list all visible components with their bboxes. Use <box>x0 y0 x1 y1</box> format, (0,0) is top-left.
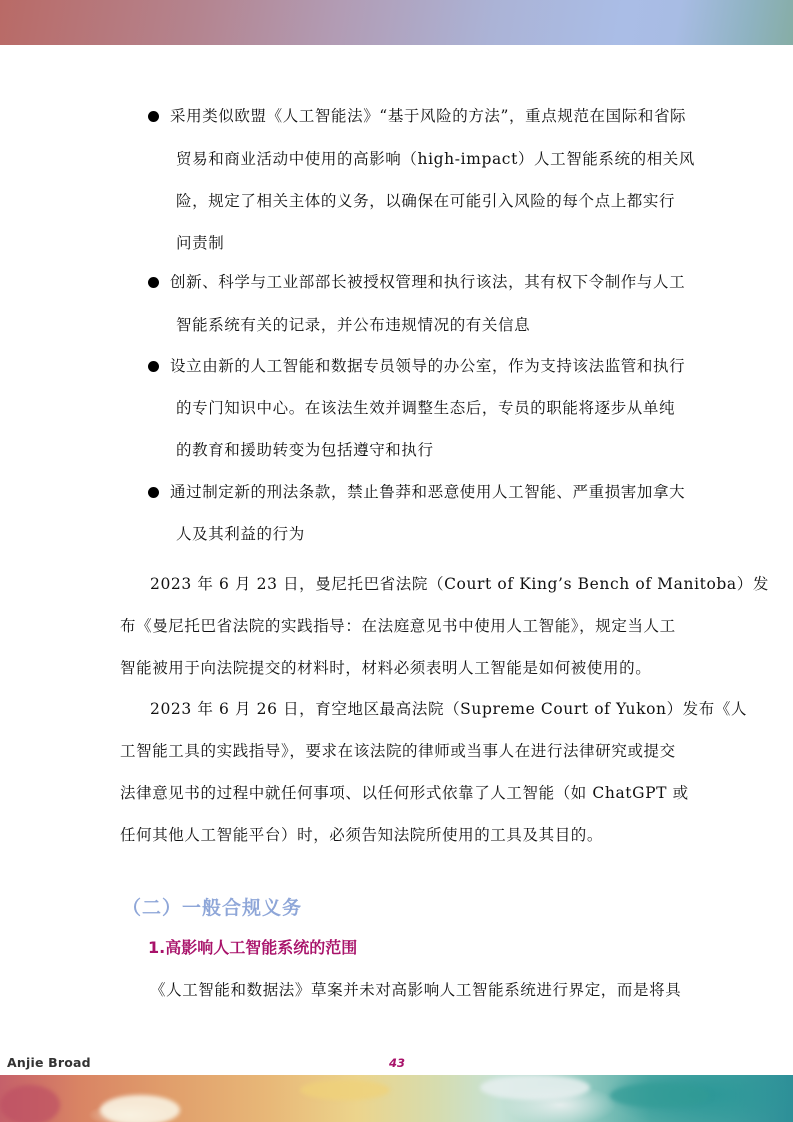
subsection-heading: 1.高影响人工智能系统的范围 <box>148 937 357 959</box>
page-number: 43 <box>389 1056 405 1070</box>
paragraph-line: 智能被用于向法院提交的材料时，材料必须表明人工智能是如何被使用的。 <box>120 658 651 678</box>
bullet-dot-icon <box>148 277 159 288</box>
bullet-line: 创新、科学与工业部部长被授权管理和执行该法，其有权下令制作与人工 <box>170 272 685 292</box>
bullet-line: 的专门知识中心。在该法生效并调整生态后，专员的职能将逐步从单纯 <box>176 398 675 418</box>
bullet-line: 问责制 <box>176 233 224 253</box>
paint-stroke-decoration <box>100 1095 180 1122</box>
bullet-line: 智能系统有关的记录，并公布违规情况的有关信息 <box>176 315 530 335</box>
bullet-line: 人及其利益的行为 <box>176 524 305 544</box>
paragraph-line: 布《曼尼托巴省法院的实践指导：在法庭意见书中使用人工智能》，规定当人工 <box>120 616 676 636</box>
paragraph-line: 2023 年 6 月 23 日，曼尼托巴省法院（Court of King’s … <box>150 574 769 594</box>
bullet-dot-icon <box>148 361 159 372</box>
paragraph-line: 2023 年 6 月 26 日，育空地区最高法院（Supreme Court o… <box>150 699 747 719</box>
section-heading: （二）一般合规义务 <box>122 896 302 920</box>
paint-stroke-decoration <box>0 1085 60 1122</box>
paragraph-line: 《人工智能和数据法》草案并未对高影响人工智能系统进行界定，而是将具 <box>150 980 681 1000</box>
paragraph-line: 法律意见书的过程中就任何事项、以任何形式依靠了人工智能（如 ChatGPT 或 <box>120 783 689 803</box>
bullet-line: 采用类似欧盟《人工智能法》“基于风险的方法”，重点规范在国际和省际 <box>170 106 686 126</box>
bullet-line: 通过制定新的刑法条款，禁止鲁莽和恶意使用人工智能、严重损害加拿大 <box>170 482 685 502</box>
bullet-line: 险，规定了相关主体的义务，以确保在可能引入风险的每个点上都实行 <box>176 191 675 211</box>
paint-stroke-decoration <box>610 1083 710 1108</box>
bullet-line: 贸易和商业活动中使用的高影响（high-impact）人工智能系统的相关风 <box>176 149 695 169</box>
header-decorative-band <box>0 0 793 45</box>
bullet-line: 设立由新的人工智能和数据专员领导的办公室，作为支持该法监管和执行 <box>170 356 685 376</box>
footer-brand-logo: Anjie Broad <box>7 1055 91 1070</box>
bullet-line: 的教育和援助转变为包括遵守和执行 <box>176 440 434 460</box>
paint-stroke-decoration <box>480 1075 590 1100</box>
bullet-dot-icon <box>148 487 159 498</box>
paragraph-line: 任何其他人工智能平台）时，必须告知法院所使用的工具及其目的。 <box>120 825 603 845</box>
footer-decorative-band <box>0 1075 793 1122</box>
paragraph-line: 工智能工具的实践指导》，要求在该法院的律师或当事人在进行法律研究或提交 <box>120 741 676 761</box>
paint-stroke-decoration <box>300 1080 390 1100</box>
bullet-dot-icon <box>148 111 159 122</box>
